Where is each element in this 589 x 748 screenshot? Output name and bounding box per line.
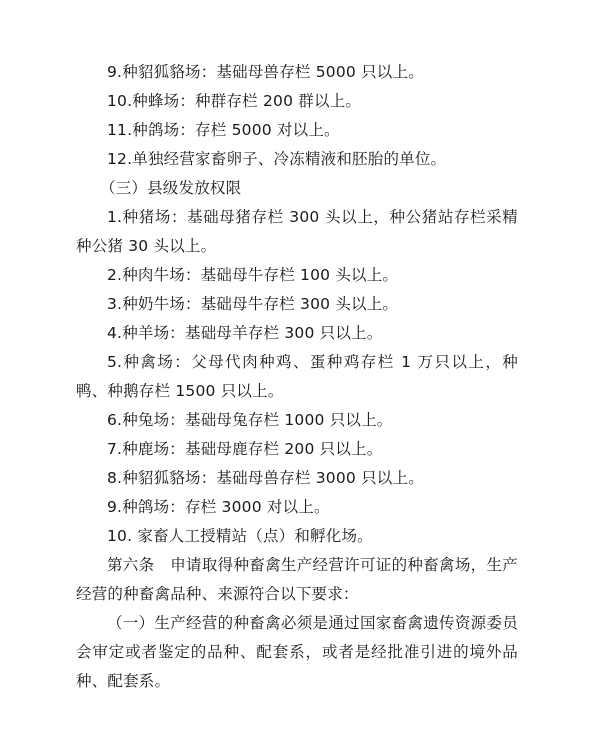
- item-12-units: 12.单独经营家畜卵子、冷冻精液和胚胎的单位。: [76, 145, 518, 174]
- article-6: 第六条 申请取得种畜禽生产经营许可证的种畜禽场，生产经营的种畜禽品种、来源符合以…: [76, 551, 518, 609]
- county-item-3: 3.种奶牛场：基础母牛存栏 300 头以上。: [76, 290, 518, 319]
- item-10-bee: 10.种蜂场：种群存栏 200 群以上。: [76, 87, 518, 116]
- county-item-10: 10. 家畜人工授精站（点）和孵化场。: [76, 522, 518, 551]
- county-item-2: 2.种肉牛场：基础母牛存栏 100 头以上。: [76, 261, 518, 290]
- county-item-5: 5.种禽场：父母代肉种鸡、蛋种鸡存栏 1 万只以上，种鸭、种鹅存栏 1500 只…: [76, 348, 518, 406]
- section-heading: （三）县级发放权限: [76, 174, 518, 203]
- document-page: 9.种貂狐貉场：基础母兽存栏 5000 只以上。 10.种蜂场：种群存栏 200…: [76, 58, 518, 696]
- county-item-1: 1.种猪场：基础母猪存栏 300 头以上，种公猪站存栏采精种公猪 30 头以上。: [76, 203, 518, 261]
- county-item-8: 8.种貂狐貉场：基础母兽存栏 3000 只以上。: [76, 464, 518, 493]
- county-item-7: 7.种鹿场：基础母鹿存栏 200 只以上。: [76, 435, 518, 464]
- county-item-6: 6.种兔场：基础母兔存栏 1000 只以上。: [76, 406, 518, 435]
- item-11-pigeon: 11.种鸽场：存栏 5000 对以上。: [76, 116, 518, 145]
- county-item-9: 9.种鸽场：存栏 3000 对以上。: [76, 493, 518, 522]
- item-9-fur: 9.种貂狐貉场：基础母兽存栏 5000 只以上。: [76, 58, 518, 87]
- county-item-4: 4.种羊场：基础母羊存栏 300 只以上。: [76, 319, 518, 348]
- article-6-item-1: （一）生产经营的种畜禽必须是通过国家畜禽遗传资源委员会审定或者鉴定的品种、配套系…: [76, 609, 518, 696]
